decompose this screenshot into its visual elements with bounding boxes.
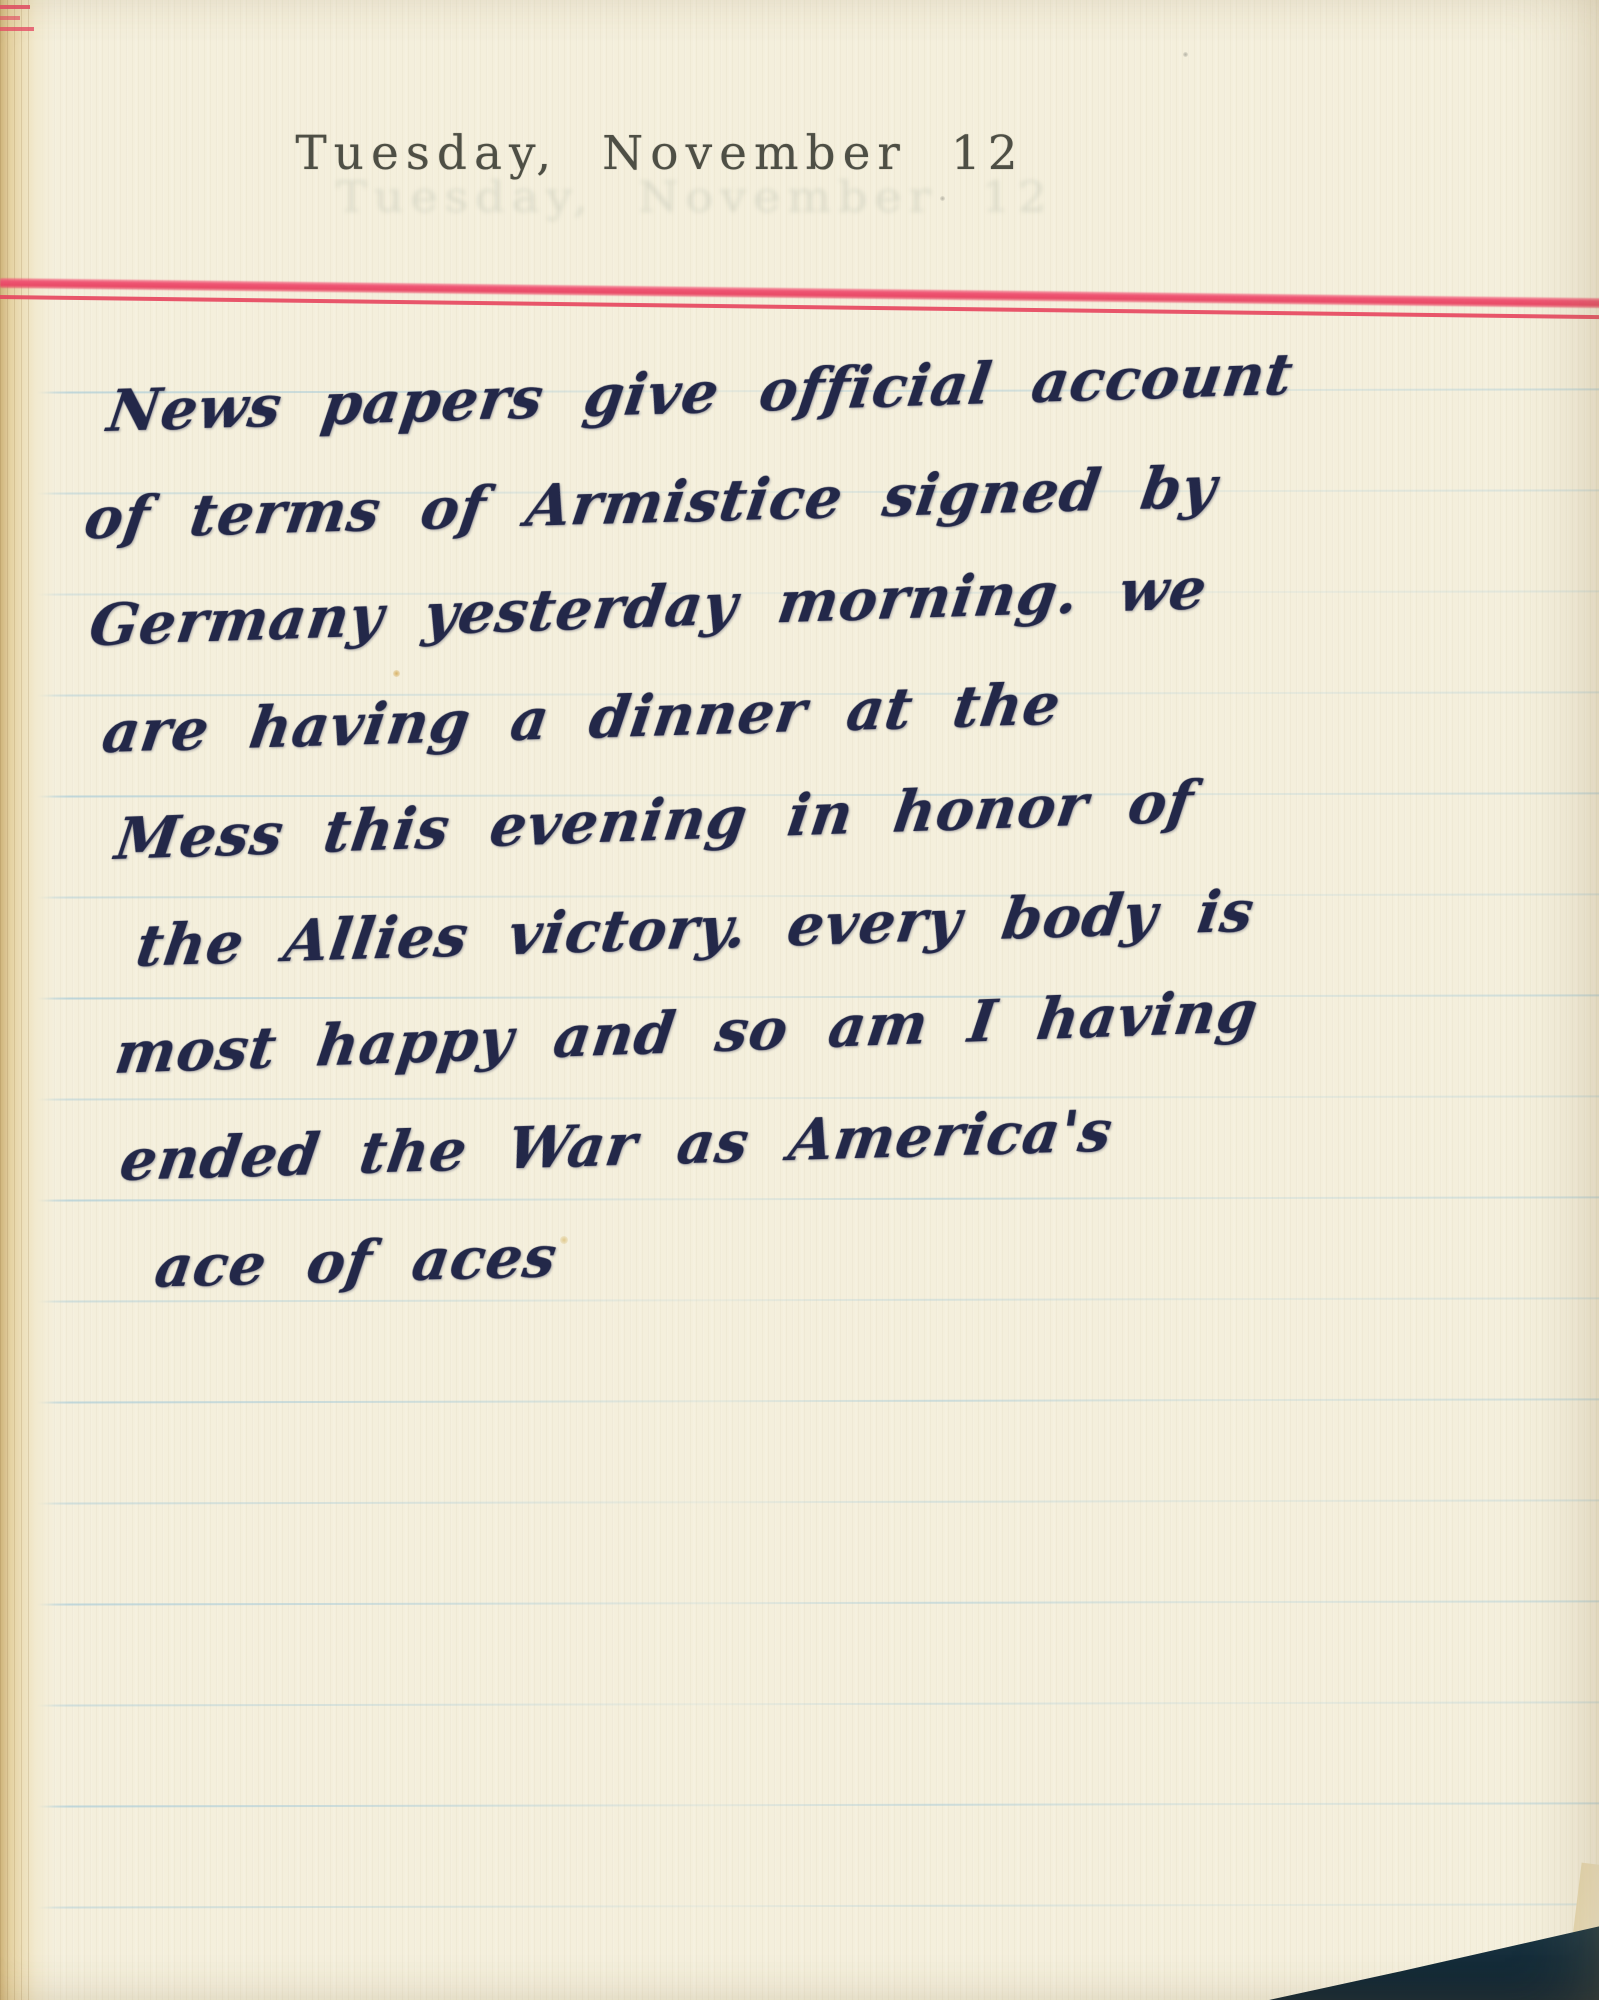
foxing-speck — [940, 196, 945, 201]
ruled-line — [22, 1398, 1599, 1403]
ruled-line — [22, 1600, 1599, 1605]
ruled-line — [22, 1499, 1599, 1504]
diary-entry: News papers give official account of ter… — [0, 345, 1599, 1322]
diary-page: { "header": { "title": "Tuesday, Novembe… — [0, 0, 1599, 2000]
underpage-red-rule-fragment — [0, 27, 34, 31]
ruled-line — [22, 1701, 1599, 1706]
underpage-red-rule-fragment — [0, 5, 30, 9]
underpage-red-rule-fragment — [0, 16, 20, 20]
page-title: Tuesday, November 12 — [270, 126, 1050, 181]
ruled-line — [22, 1802, 1599, 1807]
foxing-speck — [1183, 52, 1188, 57]
ruled-line — [22, 1903, 1599, 1908]
